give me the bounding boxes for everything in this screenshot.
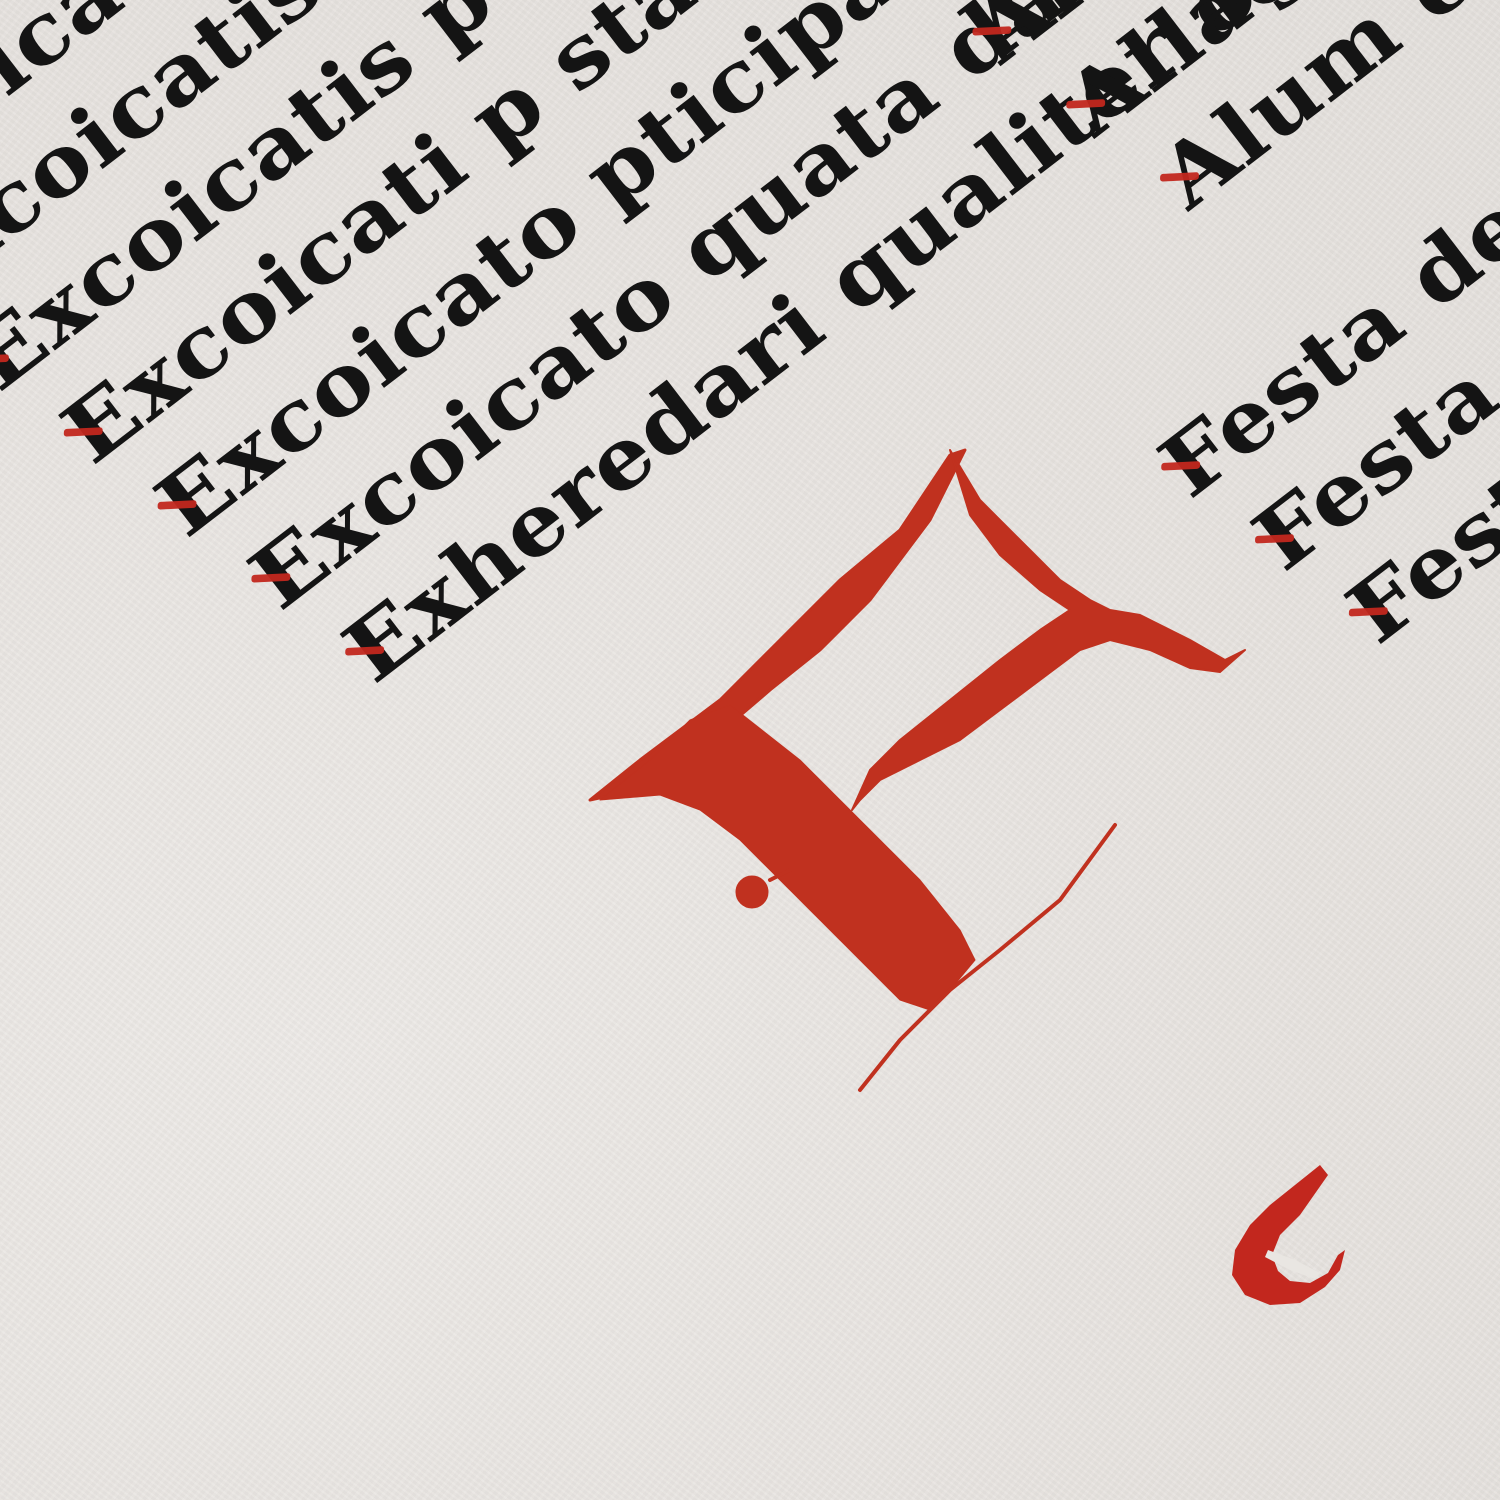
- red-initial-c-small: [1210, 1155, 1360, 1325]
- manuscript-page: Excoicati Excoicatis Excoicatis p Excoic…: [0, 0, 1500, 1500]
